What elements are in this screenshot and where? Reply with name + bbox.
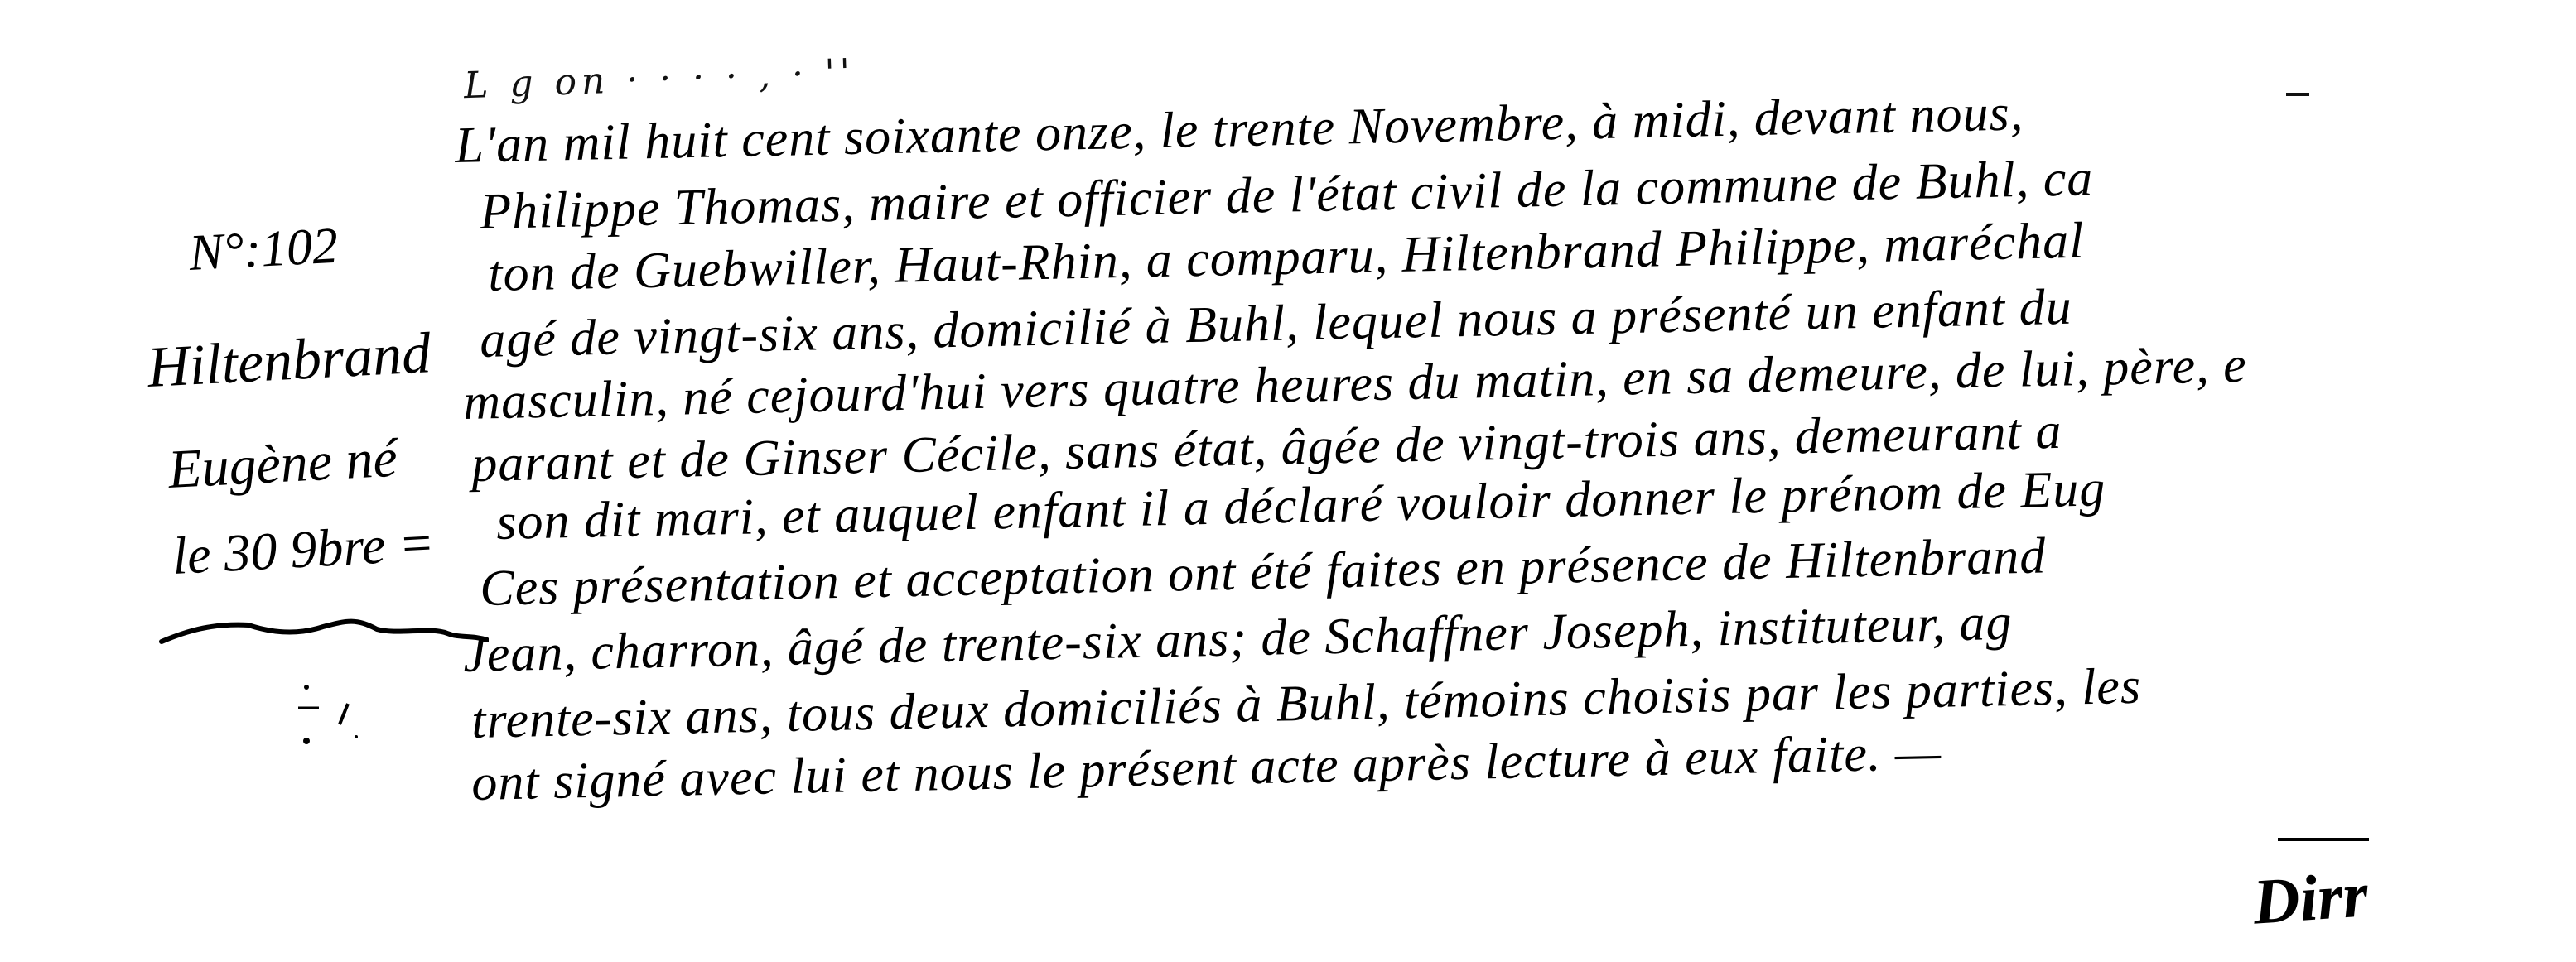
margin-given-name: Eugène né — [167, 431, 399, 498]
wavy-flourish-line — [157, 608, 489, 650]
margin-surname: Hiltenbrand — [146, 325, 432, 397]
register-body: L'an mil huit cent soixante onze, le tre… — [447, 0, 2568, 962]
closing-rule — [2278, 838, 2369, 841]
margin-birth-date: le 30 9bre = — [171, 517, 436, 583]
margin-column: N°:102 Hiltenbrand Eugène né le 30 9bre … — [149, 0, 464, 962]
ink-specks — [248, 662, 414, 762]
official-signature: Dirr — [2250, 857, 2371, 939]
register-page: L g on · · · · , · '' N°:102 Hiltenbrand… — [0, 0, 2576, 962]
entry-number: N°:102 — [188, 220, 340, 279]
